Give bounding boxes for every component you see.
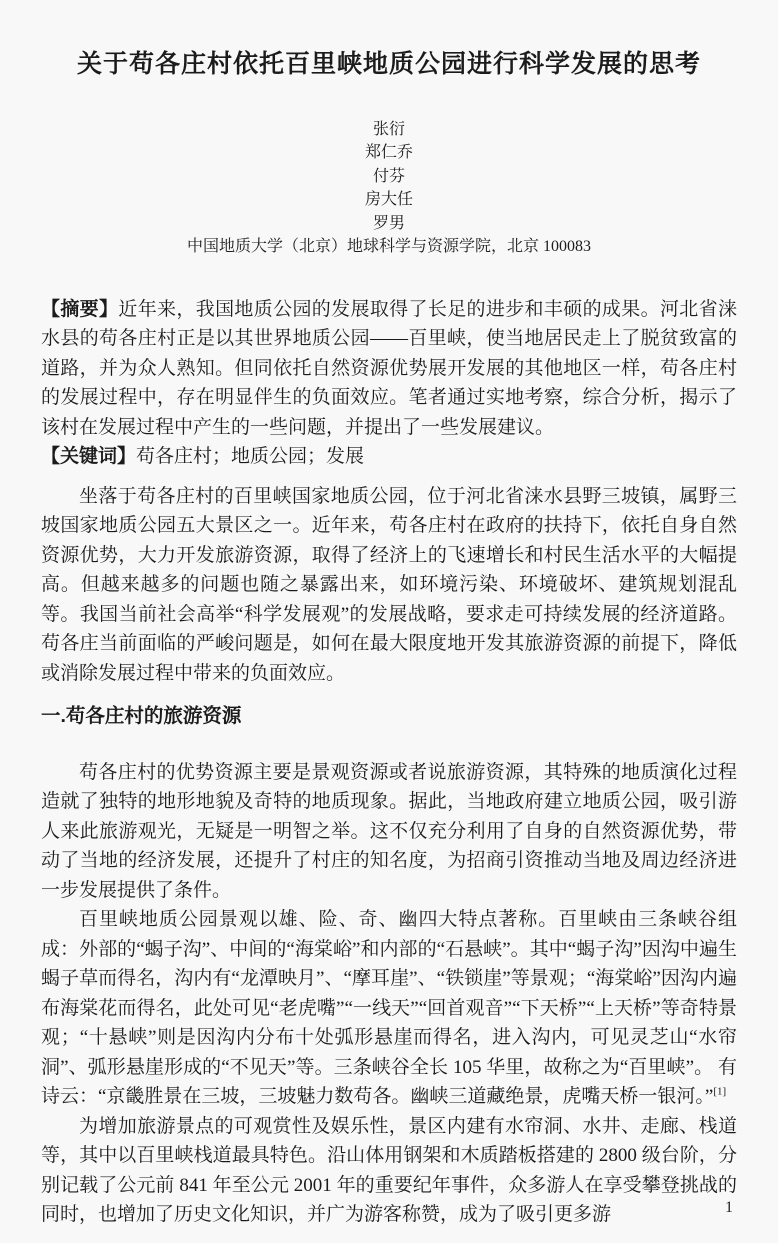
section-1-paragraph-2-text: 百里峡地质公园景观以雄、险、奇、幽四大特点著称。百里峡由三条峡谷组成：外部的“蝎…	[41, 909, 737, 1107]
keywords-paragraph: 【关键词】苟各庄村；地质公园；发展	[41, 442, 737, 472]
section-1-paragraph-3: 为增加旅游景点的可观赏性及娱乐性，景区内建有水帘洞、水井、走廊、栈道等，其中以百…	[41, 1112, 737, 1230]
abstract-paragraph: 【摘要】近年来，我国地质公园的发展取得了长足的进步和丰硕的成果。河北省涞水县的苟…	[41, 295, 737, 443]
abstract-text: 近年来，我国地质公园的发展取得了长足的进步和丰硕的成果。河北省涞水县的苟各庄村正…	[41, 299, 737, 438]
paper-page: 关于苟各庄村依托百里峡地质公园进行科学发展的思考 张衍 郑仁乔 付芬 房大任 罗…	[0, 0, 778, 1243]
intro-paragraph: 坐落于苟各庄村的百里峡国家地质公园，位于河北省涞水县野三坡镇，属野三坡国家地质公…	[41, 482, 737, 689]
section-1-paragraph-1: 苟各庄村的优势资源主要是景观资源或者说旅游资源，其特殊的地质演化过程造就了独特的…	[41, 758, 737, 906]
author-name: 房大任	[41, 188, 737, 212]
author-name: 郑仁乔	[41, 141, 737, 165]
author-name: 张衍	[41, 118, 737, 142]
keywords-text: 苟各庄村；地质公园；发展	[136, 446, 364, 467]
paper-title: 关于苟各庄村依托百里峡地质公园进行科学发展的思考	[41, 48, 737, 82]
author-list: 张衍 郑仁乔 付芬 房大任 罗男 中国地质大学（北京）地球科学与资源学院，北京 …	[41, 118, 737, 259]
author-name: 罗男	[41, 212, 737, 236]
citation-reference: [1]	[713, 1086, 726, 1098]
section-1-heading: 一.苟各庄村的旅游资源	[41, 705, 737, 728]
affiliation: 中国地质大学（北京）地球科学与资源学院，北京 100083	[41, 235, 737, 259]
keywords-label: 【关键词】	[41, 446, 136, 467]
author-name: 付芬	[41, 165, 737, 189]
abstract-label: 【摘要】	[41, 299, 118, 320]
page-number: 1	[725, 1199, 733, 1217]
section-1-paragraph-2: 百里峡地质公园景观以雄、险、奇、幽四大特点著称。百里峡由三条峡谷组成：外部的“蝎…	[41, 905, 737, 1112]
